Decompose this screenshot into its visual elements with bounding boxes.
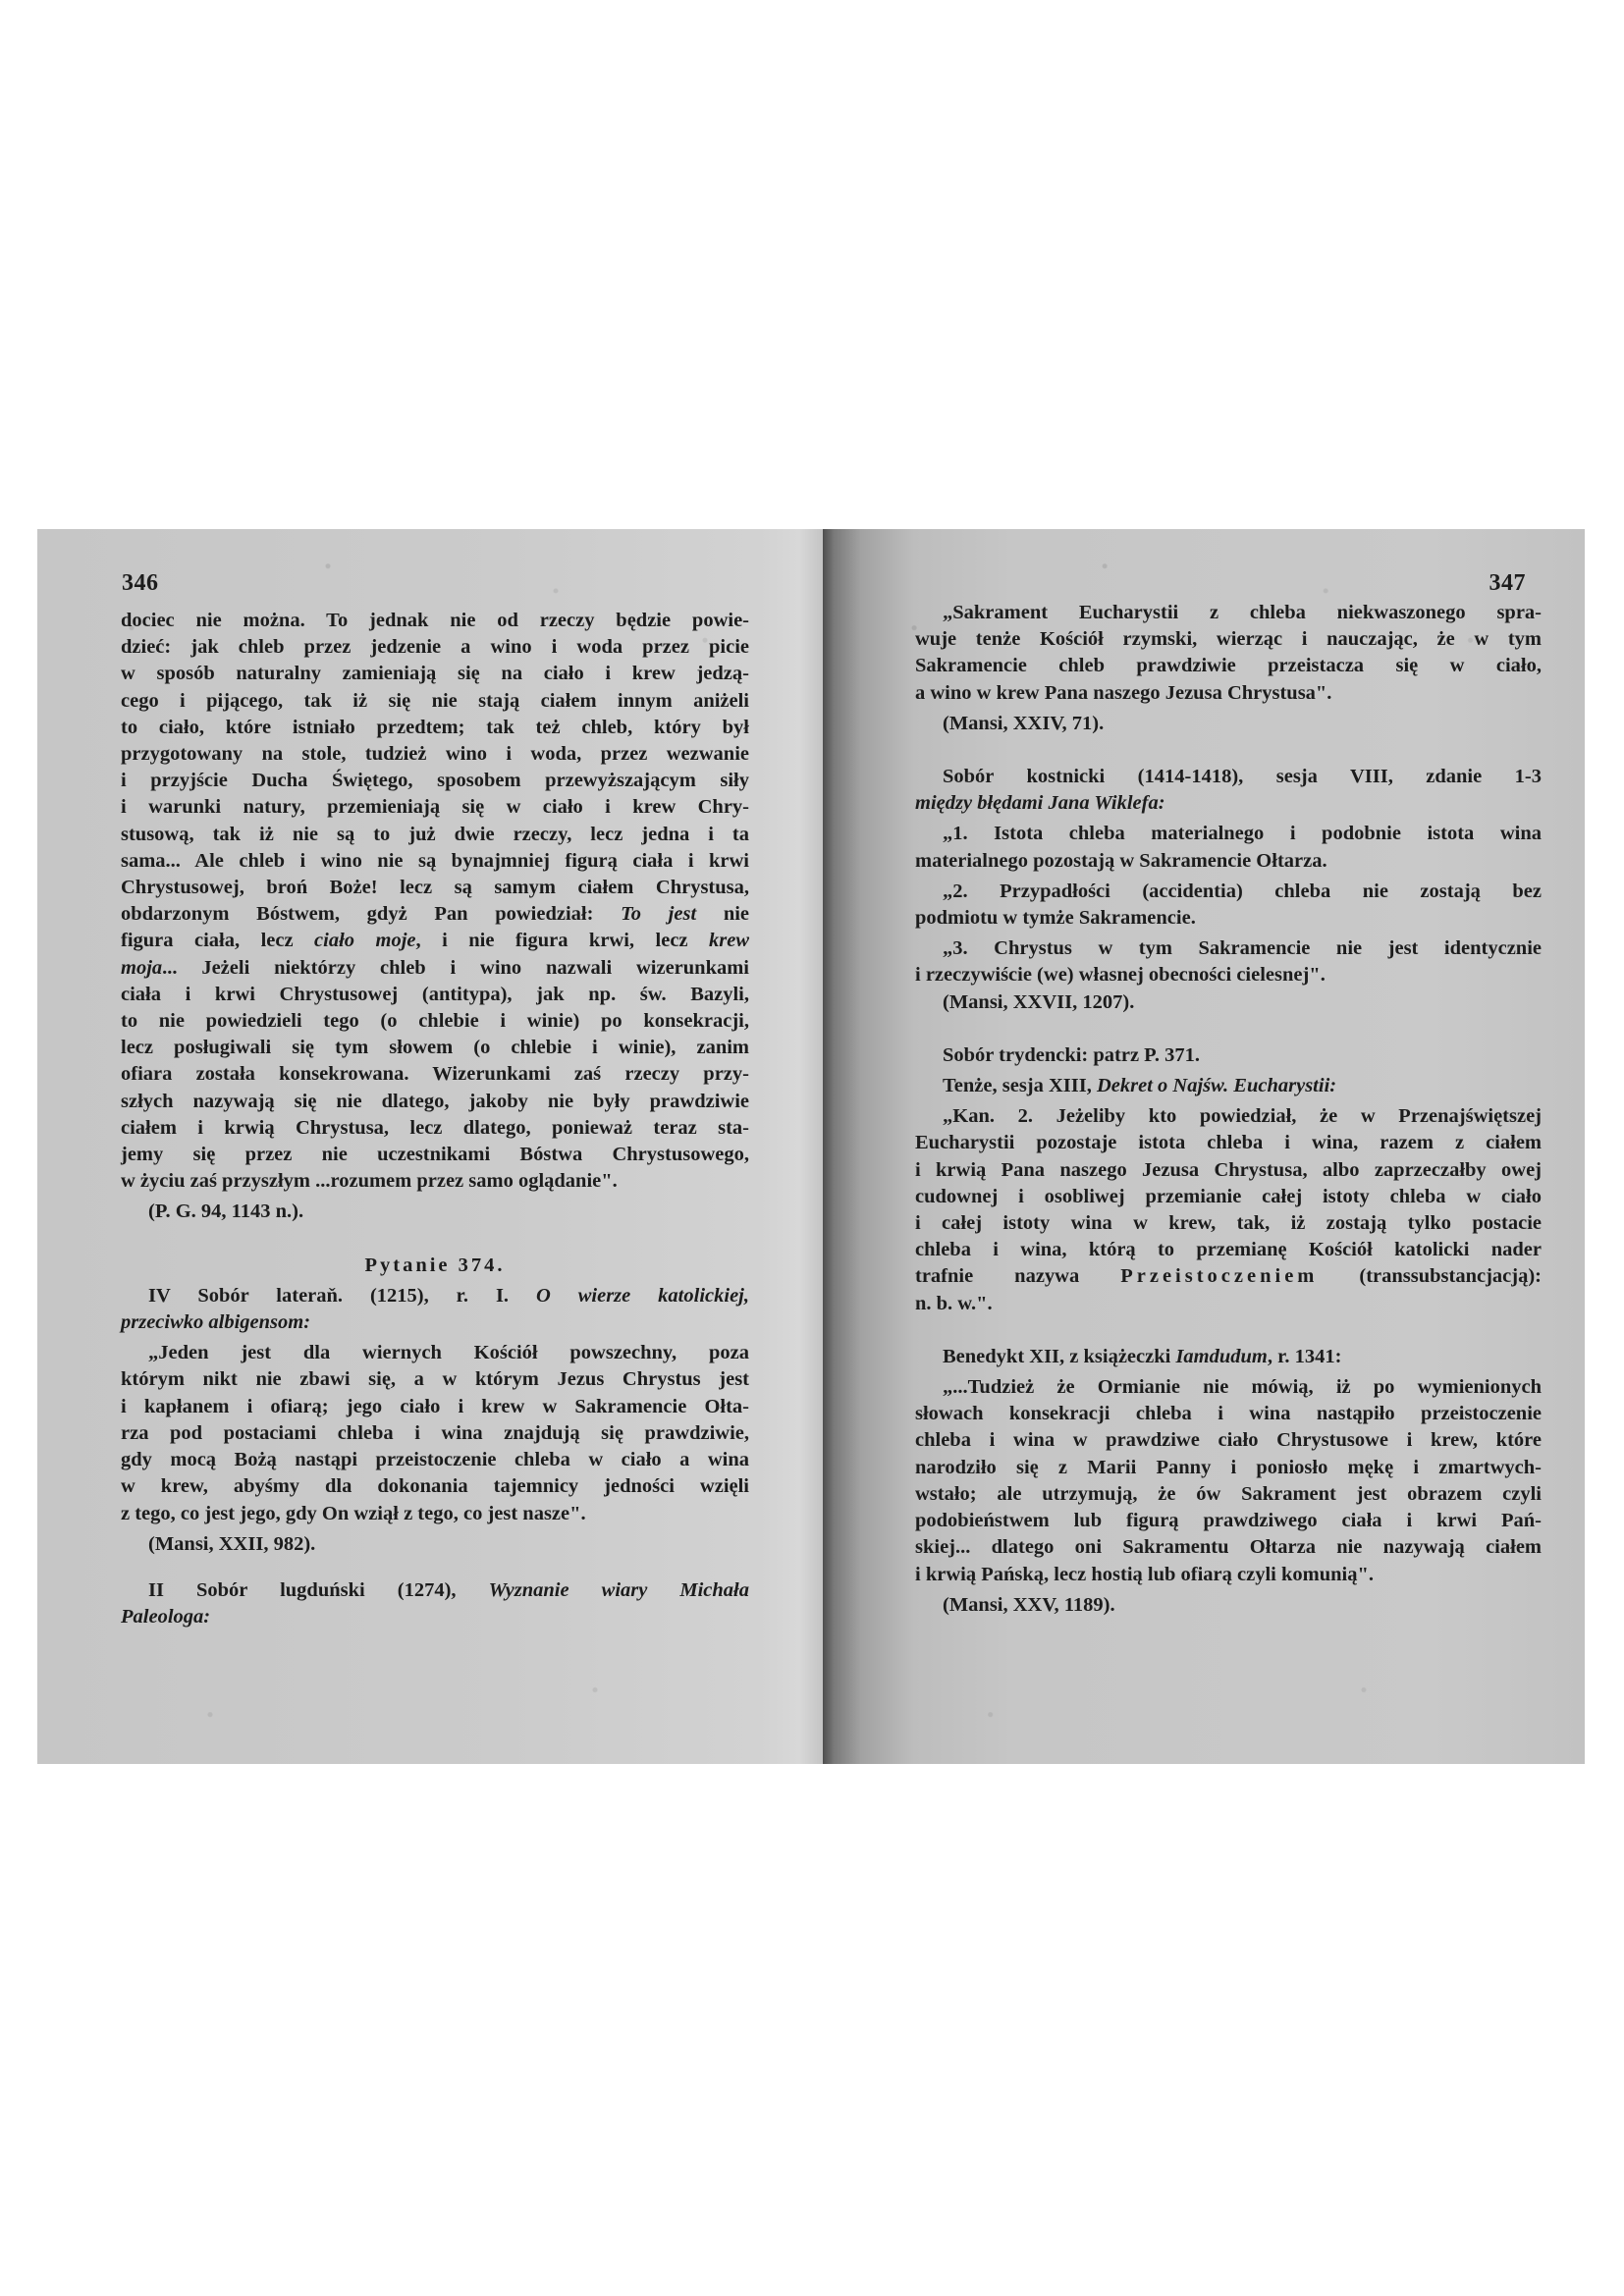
text-line: przeciwko albigensom:	[121, 1309, 749, 1336]
text-line: Paleologa:	[121, 1604, 749, 1630]
text-fragment: II Sobór lugduński (1274),	[148, 1579, 489, 1601]
text-line: „Sakrament Eucharystii z chleba niekwasz…	[915, 600, 1542, 626]
text-line: cego i pijącego, tak iż się nie stają ci…	[121, 688, 749, 715]
text-line: podobieństwem lub figurą prawdziwego cia…	[915, 1508, 1542, 1534]
text-fragment: Tenże, sesja XIII,	[943, 1075, 1097, 1096]
canon-block: „Kan. 2. Jeżeliby kto powiedział, że w P…	[915, 1103, 1542, 1317]
text-line: słowach konsekracji chleba i wina nastąp…	[915, 1401, 1542, 1427]
text-line: między błędami Jana Wiklefa:	[915, 790, 1542, 817]
source-intro: Benedykt XII, z książeczki Iamdudum, r. …	[915, 1344, 1542, 1370]
text-line: przygotowany na stole, tudzież wino i wo…	[121, 741, 749, 768]
text-line: stusową, tak iż nie są to już dwie rzecz…	[121, 822, 749, 848]
text-line: II Sobór lugduński (1274), Wyznanie wiar…	[121, 1577, 749, 1604]
text-line: moja... Jeżeli niektórzy chleb i wino na…	[121, 955, 749, 982]
text-line: n. b. w.".	[915, 1291, 1542, 1317]
text-fragment: obdarzonym Bóstwem, gdyż Pan powiedział:	[121, 903, 593, 925]
right-page-text: „Sakrament Eucharystii z chleba niekwasz…	[915, 600, 1542, 1619]
italic-fragment: O wierze katolickiej,	[536, 1285, 749, 1307]
text-line: „3. Chrystus w tym Sakramencie nie jest …	[915, 935, 1542, 962]
text-fragment: nie	[696, 903, 749, 925]
text-line: ofiara została konsekrowana. Wizerunkami…	[121, 1061, 749, 1088]
text-line: gdy mocą Bożą nastąpi przeistoczenie chl…	[121, 1447, 749, 1473]
text-line: którym nikt nie zbawi się, a w którym Je…	[121, 1366, 749, 1393]
text-line: i warunki natury, przemieniają się w cia…	[121, 794, 749, 821]
text-line: „Kan. 2. Jeżeliby kto powiedział, że w P…	[915, 1103, 1542, 1130]
italic-fragment: krew	[709, 930, 749, 951]
text-fragment: , r. 1341:	[1268, 1346, 1342, 1367]
text-line: w życiu zaś przyszłym ...rozumem przez s…	[121, 1168, 749, 1195]
text-line: rza pod postaciami chleba i wina znajduj…	[121, 1420, 749, 1447]
error-item: „2. Przypadłości (accidentia) chleba nie…	[915, 879, 1542, 932]
quote-block: „Jeden jest dla wiernych Kościół powszec…	[121, 1340, 749, 1526]
text-line: Chrystusowej, broń Boże! lecz są samym c…	[121, 875, 749, 901]
text-line: z tego, co jest jego, gdy On wziął z teg…	[121, 1501, 749, 1527]
text-line: i kapłanem i ofiarą; jego ciało i krew w…	[121, 1394, 749, 1420]
text-line: trafnie nazywa Przeistoczeniem (transsub…	[915, 1263, 1542, 1290]
section-heading: Pytanie 374.	[121, 1253, 749, 1279]
text-fragment: , i nie figura krwi, lecz	[416, 930, 710, 951]
page-number-right: 347	[1489, 570, 1527, 597]
text-fragment: figura ciała, lecz	[121, 930, 314, 951]
text-line: Sakramencie chleb prawdziwie przeistacza…	[915, 653, 1542, 679]
text-fragment: IV Sobór lateraň. (1215), r. I.	[148, 1285, 536, 1307]
text-fragment: trafnie nazywa	[915, 1265, 1120, 1287]
error-item: „1. Istota chleba materialnego i podobni…	[915, 821, 1542, 874]
text-line: i krwią Pana naszego Jezusa Chrystusa, a…	[915, 1157, 1542, 1184]
italic-fragment: To jest	[621, 903, 696, 925]
italic-fragment: ciało moje	[314, 930, 415, 951]
italic-fragment: Wyznanie wiary Michała	[489, 1579, 749, 1601]
citation: (Mansi, XXVII, 1207).	[915, 989, 1542, 1016]
page-number-left: 346	[122, 570, 159, 597]
quote-block: „Sakrament Eucharystii z chleba niekwasz…	[915, 600, 1542, 707]
text-line: cudownej i osobliwej przemianie całej is…	[915, 1184, 1542, 1210]
text-line: a wino w krew Pana naszego Jezusa Chryst…	[915, 680, 1542, 707]
text-line: IV Sobór lateraň. (1215), r. I. O wierze…	[121, 1283, 749, 1309]
left-page-text: dociec nie można. To jednak nie od rzecz…	[121, 608, 749, 1630]
right-page: 347 „Sakrament Eucharystii z chleba niek…	[823, 529, 1585, 1764]
text-line: chleba i wina, którą to przemianę Kośció…	[915, 1237, 1542, 1263]
council-intro: II Sobór lugduński (1274), Wyznanie wiar…	[121, 1577, 749, 1630]
text-fragment: ... Jeżeli niektórzy chleb i wino nazwal…	[162, 957, 749, 979]
text-line: Sobór kostnicki (1414-1418), sesja VIII,…	[915, 764, 1542, 790]
text-line: i przyjście Ducha Świętego, sposobem prz…	[121, 768, 749, 794]
text-line: obdarzonym Bóstwem, gdyż Pan powiedział:…	[121, 901, 749, 928]
text-line: podmiotu w tymże Sakramencie.	[915, 905, 1542, 932]
text-line: lecz posługiwali się tym słowem (o chleb…	[121, 1035, 749, 1061]
text-fragment: Benedykt XII, z książeczki	[943, 1346, 1175, 1367]
italic-fragment: między błędami Jana Wiklefa:	[915, 792, 1165, 814]
text-line: ciała i krwi Chrystusowej (antitypa), ja…	[121, 982, 749, 1008]
left-page: 346 dociec nie można. To jednak nie od r…	[37, 529, 823, 1764]
text-line: ciałem i krwią Chrystusa, lecz dlatego, …	[121, 1115, 749, 1142]
text-line: sama... Ale chleb i wino nie są bynajmni…	[121, 848, 749, 875]
text-line: figura ciała, lecz ciało moje, i nie fig…	[121, 928, 749, 954]
text-line: w krew, abyśmy dla dokonania tajemnicy j…	[121, 1473, 749, 1500]
citation: (Mansi, XXII, 982).	[121, 1531, 749, 1558]
council-intro: IV Sobór lateraň. (1215), r. I. O wierze…	[121, 1283, 749, 1336]
text-line: i całej istoty wina w krew, tak, iż zost…	[915, 1210, 1542, 1237]
text-line: wuje tenże Kościół rzymski, wierząc i na…	[915, 626, 1542, 653]
text-line: „1. Istota chleba materialnego i podobni…	[915, 821, 1542, 847]
text-line: dociec nie można. To jednak nie od rzecz…	[121, 608, 749, 634]
text-line: to ciało, które istniało przedtem; tak t…	[121, 715, 749, 741]
text-line: dzieć: jak chleb przez jedzenie a wino i…	[121, 634, 749, 661]
text-line: skiej... dlatego oni Sakramentu Ołtarza …	[915, 1534, 1542, 1561]
text-line: szłych nazywają się nie dlatego, jakoby …	[121, 1089, 749, 1115]
book-scan: 346 dociec nie można. To jednak nie od r…	[37, 529, 1585, 1764]
text-line: to nie powiedzieli tego (o chlebie i win…	[121, 1008, 749, 1035]
italic-fragment: moja	[121, 957, 162, 979]
quote-block: „...Tudzież że Ormianie nie mówią, iż po…	[915, 1374, 1542, 1588]
italic-fragment: Iamdudum	[1175, 1346, 1267, 1367]
citation: (Mansi, XXIV, 71).	[915, 711, 1542, 737]
text-line: „Jeden jest dla wiernych Kościół powszec…	[121, 1340, 749, 1366]
text-line: narodziło się z Marii Panny i poniosło m…	[915, 1455, 1542, 1481]
spaced-term: Przeistoczeniem	[1120, 1265, 1318, 1287]
text-line: i krwią Pańską, lecz hostią lub ofiarą c…	[915, 1562, 1542, 1588]
citation: (P. G. 94, 1143 n.).	[121, 1199, 749, 1225]
cross-reference: Sobór trydencki: patrz P. 371.	[915, 1042, 1542, 1069]
text-line: i rzeczywiście (we) własnej obecności ci…	[915, 962, 1542, 988]
text-line: jemy się przez nie uczestnikami Bóstwa C…	[121, 1142, 749, 1168]
session-intro: Tenże, sesja XIII, Dekret o Najśw. Eucha…	[915, 1073, 1542, 1099]
italic-fragment: Dekret o Najśw. Eucharystii:	[1097, 1075, 1336, 1096]
council-intro: Sobór kostnicki (1414-1418), sesja VIII,…	[915, 764, 1542, 817]
italic-fragment: Paleologa:	[121, 1606, 210, 1628]
italic-fragment: przeciwko albigensom:	[121, 1311, 310, 1333]
error-item: „3. Chrystus w tym Sakramencie nie jest …	[915, 935, 1542, 988]
paragraph-continuation: dociec nie można. To jednak nie od rzecz…	[121, 608, 749, 1195]
text-line: „...Tudzież że Ormianie nie mówią, iż po…	[915, 1374, 1542, 1401]
text-line: wstało; ale utrzymują, że ów Sakrament j…	[915, 1481, 1542, 1508]
text-fragment: (transsubstancjacją):	[1318, 1265, 1542, 1287]
text-line: materialnego pozostają w Sakramencie Ołt…	[915, 848, 1542, 875]
text-line: Eucharystii pozostaje istota chleba i wi…	[915, 1130, 1542, 1156]
citation: (Mansi, XXV, 1189).	[915, 1592, 1542, 1619]
text-line: „2. Przypadłości (accidentia) chleba nie…	[915, 879, 1542, 905]
text-line: w sposób naturalny zamieniają się na cia…	[121, 661, 749, 687]
text-line: chleba i wina w prawdziwe ciało Chrystus…	[915, 1427, 1542, 1454]
